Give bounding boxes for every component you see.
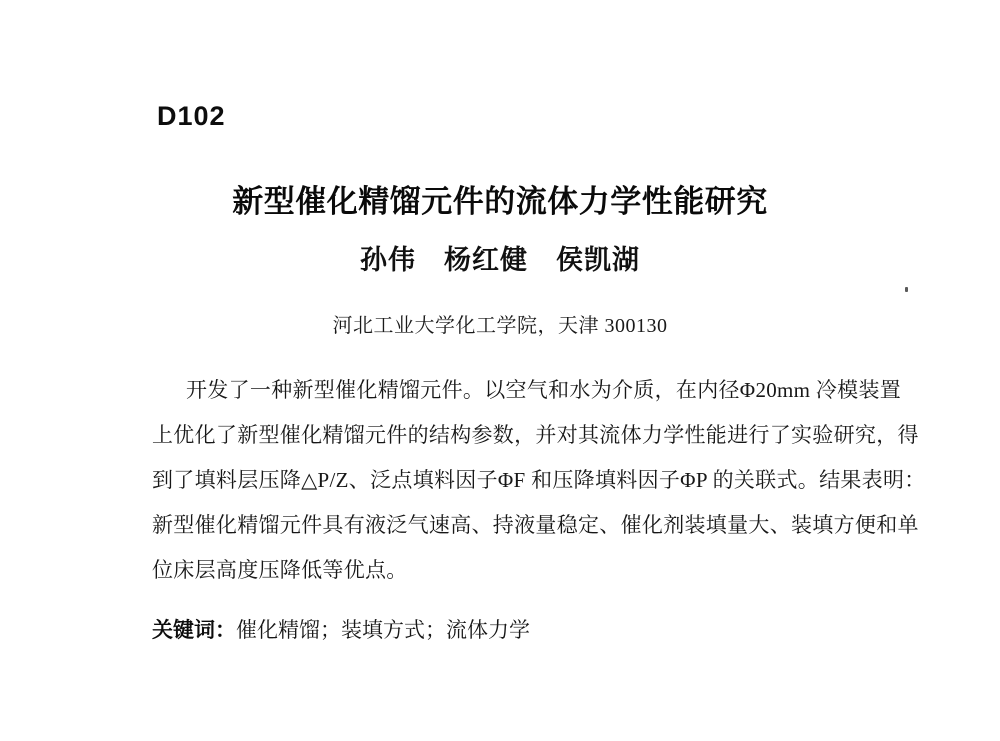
- paper-abstract: 开发了一种新型催化精馏元件。以空气和水为介质，在内径Φ20mm 冷模装置 上优化…: [152, 368, 889, 593]
- scanned-paper-page: D102 新型催化精馏元件的流体力学性能研究 孙伟 杨红健 侯凯湖 河北工业大学…: [0, 0, 1000, 741]
- paper-affiliation: 河北工业大学化工学院，天津 300130: [0, 314, 1000, 338]
- keywords-items: 催化精馏；装填方式；流体力学: [236, 618, 530, 642]
- keywords-label: 关键词：: [152, 618, 236, 642]
- abstract-line: 新型催化精馏元件具有液泛气速高、持液量稳定、催化剂装填量大、装填方便和单: [152, 503, 889, 548]
- scan-artifact-mark: [905, 287, 908, 292]
- abstract-line: 开发了一种新型催化精馏元件。以空气和水为介质，在内径Φ20mm 冷模装置: [152, 368, 889, 413]
- paper-authors: 孙伟 杨红健 侯凯湖: [0, 246, 1000, 276]
- abstract-line: 位床层高度压降低等优点。: [152, 548, 889, 593]
- paper-keywords: 关键词：催化精馏；装填方式；流体力学: [152, 617, 530, 644]
- abstract-line: 上优化了新型催化精馏元件的结构参数，并对其流体力学性能进行了实验研究，得: [152, 413, 889, 458]
- abstract-line: 到了填料层压降△P/Z、泛点填料因子ΦF 和压降填料因子ΦP 的关联式。结果表明…: [152, 458, 889, 503]
- paper-code: D102: [157, 103, 226, 130]
- paper-title: 新型催化精馏元件的流体力学性能研究: [0, 185, 1000, 219]
